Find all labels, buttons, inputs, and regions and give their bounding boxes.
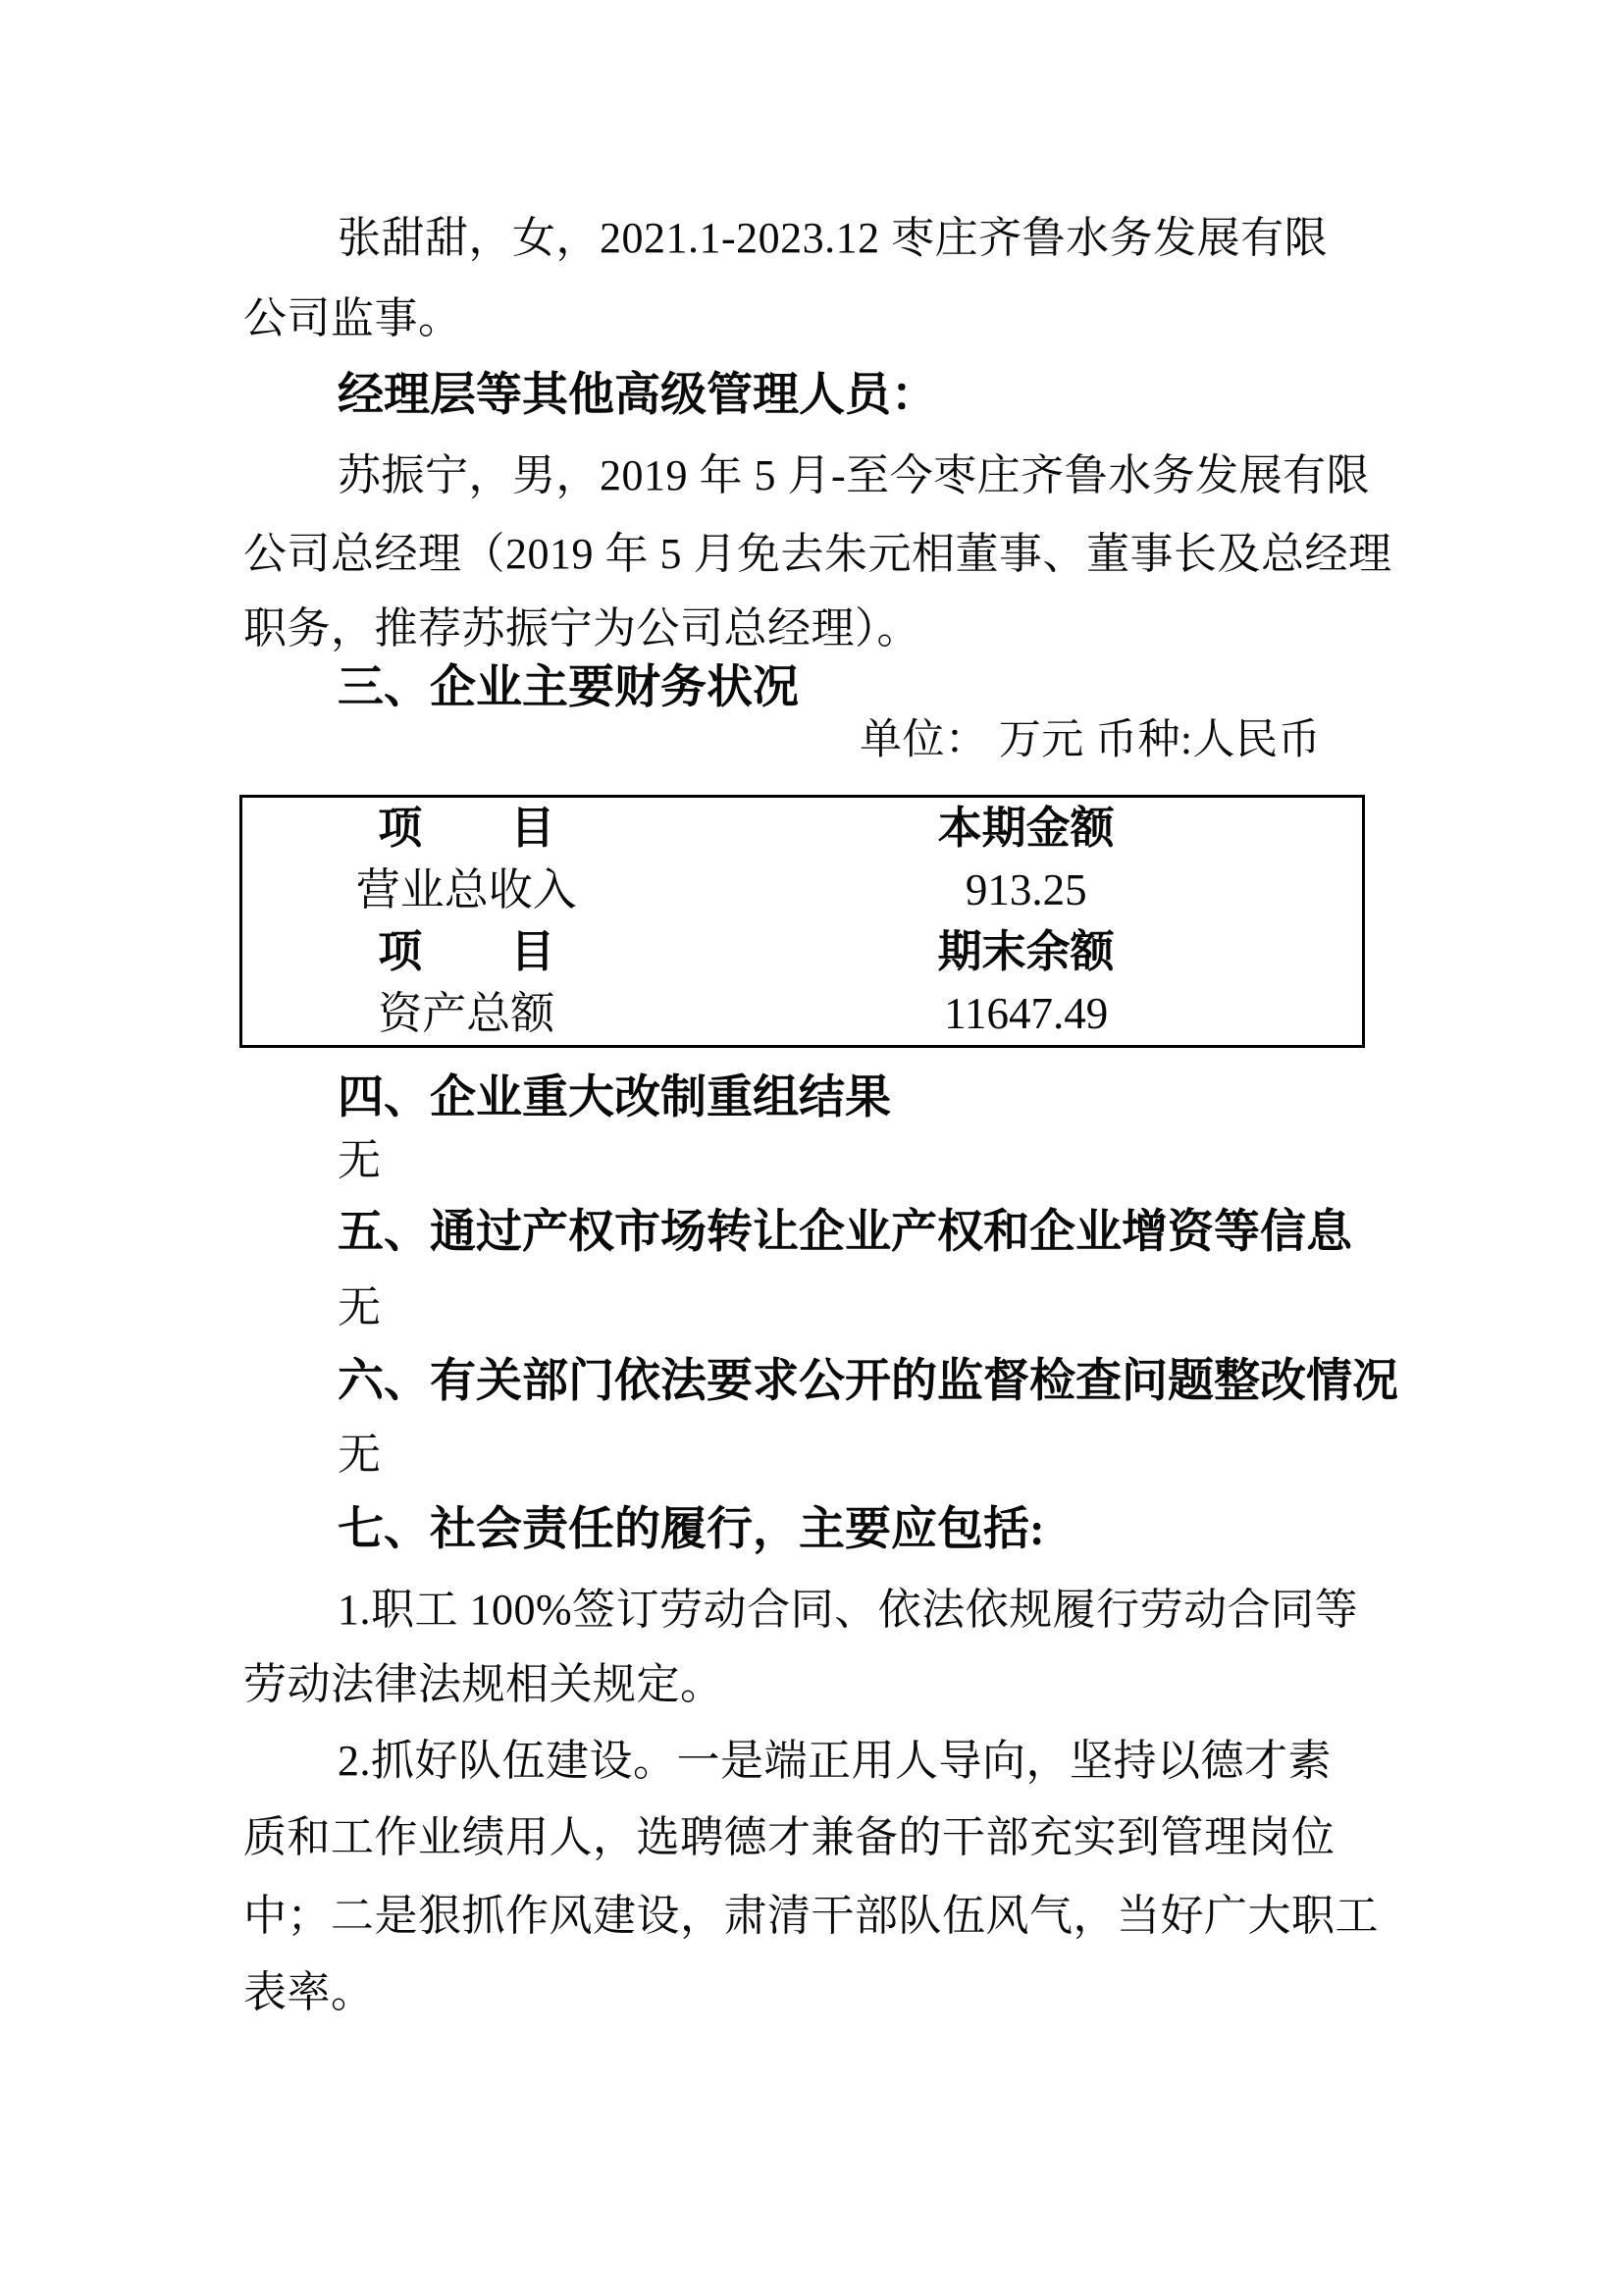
section7-line-5: 中；二是狠抓作风建设，肃清干部队伍风气，当好广大职工 <box>243 1892 1379 1941</box>
unit-note: 单位： 万元 币种:人民币 <box>860 716 1321 765</box>
item-cell: 营业总收入 <box>242 868 690 913</box>
section4-heading: 四、企业重大改制重组结果 <box>338 1073 891 1122</box>
management-heading: 经理层等其他高级管理人员： <box>338 371 937 420</box>
section7-line-3: 2.抓好队伍建设。一是端正用人导向，坚持以德才素 <box>338 1737 1332 1786</box>
table-row: 营业总收入 913.25 <box>242 860 1362 921</box>
section7-line-1: 1.职工 100%签订劳动合同、依法依规履行劳动合同等 <box>338 1586 1358 1635</box>
intro-line-2: 公司监事。 <box>243 294 462 343</box>
section7-line-4: 质和工作业绩用人，选聘德才兼备的干部充实到管理岗位 <box>243 1813 1336 1862</box>
management-line-3: 职务，推荐苏振宁为公司总经理）。 <box>243 604 920 653</box>
table-row: 项 目 期末余额 <box>242 921 1362 983</box>
table-row: 项 目 本期金额 <box>242 798 1362 860</box>
section7-line-2: 劳动法律法规相关规定。 <box>243 1660 724 1709</box>
section6-heading: 六、有关部门依法要求公开的监督检查问题整改情况 <box>338 1357 1398 1406</box>
section7-line-6: 表率。 <box>243 1968 375 2017</box>
value-cell: 11647.49 <box>690 992 1362 1036</box>
item-header-cell: 项 目 <box>242 930 690 974</box>
section6-content: 无 <box>338 1431 382 1480</box>
section5-heading: 五、通过产权市场转让企业产权和企业增资等信息 <box>338 1208 1352 1257</box>
financial-table: 项 目 本期金额 营业总收入 913.25 项 目 期末余额 资产总额 1164… <box>239 795 1365 1048</box>
section3-heading: 三、企业主要财务状况 <box>338 663 799 712</box>
management-line-2: 公司总经理（2019 年 5 月免去朱元相董事、董事长及总经理 <box>243 530 1392 579</box>
value-header-cell: 本期金额 <box>690 807 1362 851</box>
table-row: 资产总额 11647.49 <box>242 983 1362 1045</box>
intro-line-1: 张甜甜，女，2021.1-2023.12 枣庄齐鲁水务发展有限 <box>338 214 1328 263</box>
document-page: 张甜甜，女，2021.1-2023.12 枣庄齐鲁水务发展有限 公司监事。 经理… <box>0 0 1624 2295</box>
value-header-cell: 期末余额 <box>690 930 1362 974</box>
value-cell: 913.25 <box>690 868 1362 913</box>
management-line-1: 苏振宁，男，2019 年 5 月-至今枣庄齐鲁水务发展有限 <box>338 451 1370 500</box>
section5-content: 无 <box>338 1283 382 1332</box>
item-header-cell: 项 目 <box>242 807 690 851</box>
section7-heading: 七、社会责任的履行，主要应包括: <box>338 1505 1045 1554</box>
item-cell: 资产总额 <box>242 992 690 1036</box>
section4-content: 无 <box>338 1136 382 1185</box>
